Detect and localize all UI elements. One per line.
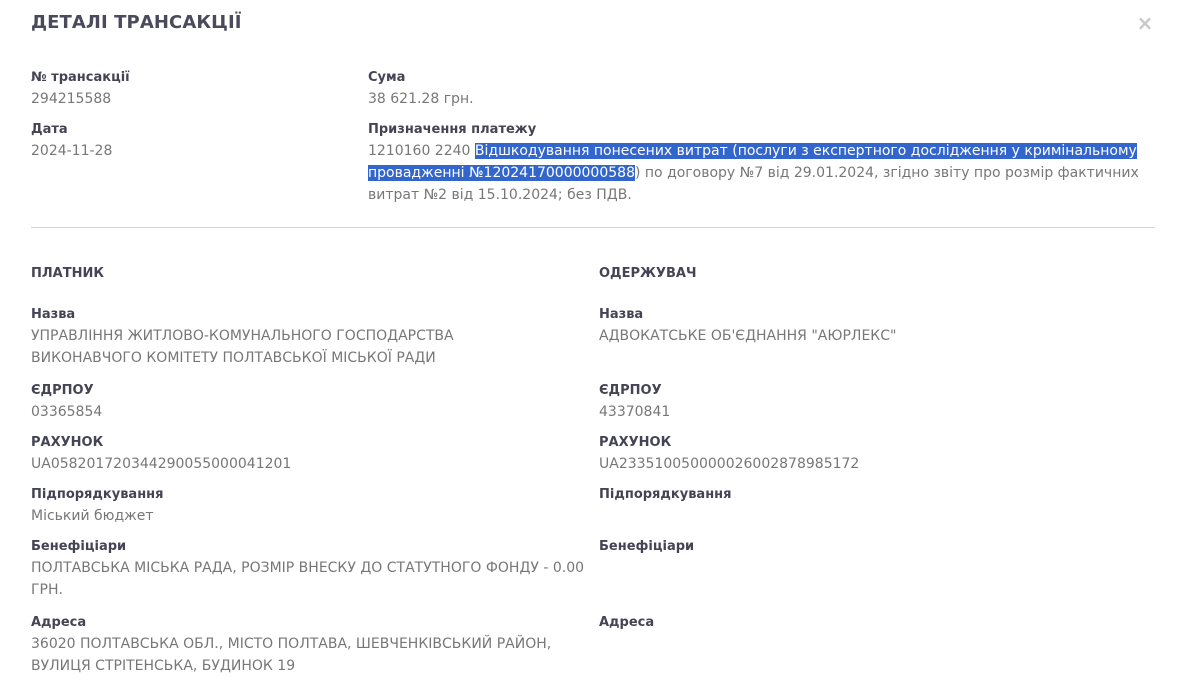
payer-section-title: ПЛАТНИК	[31, 264, 104, 284]
transaction-details-modal: ДЕТАЛІ ТРАНСАКЦІЇ × № трансакції 2942155…	[0, 0, 1186, 687]
payer-edrpou-value: 03365854	[31, 401, 102, 423]
receiver-edrpou-field: ЄДРПОУ 43370841	[599, 381, 670, 423]
payer-account-value: UA058201720344290055000041201	[31, 453, 291, 475]
payer-account-label: РАХУНОК	[31, 433, 291, 453]
payer-name-value: УПРАВЛІННЯ ЖИТЛОВО-КОМУНАЛЬНОГО ГОСПОДАР…	[31, 325, 501, 369]
transaction-id-label: № трансакції	[31, 68, 130, 88]
receiver-account-label: РАХУНОК	[599, 433, 859, 453]
close-icon[interactable]: ×	[1136, 12, 1154, 34]
receiver-subordination-label: Підпорядкування	[599, 485, 732, 505]
payer-subordination-label: Підпорядкування	[31, 485, 164, 505]
receiver-name-label: Назва	[599, 305, 1159, 325]
payment-purpose-label: Призначення платежу	[368, 120, 1168, 140]
transaction-id-field: № трансакції 294215588	[31, 68, 130, 110]
amount-value: 38 621.28 грн.	[368, 88, 474, 110]
receiver-edrpou-value: 43370841	[599, 401, 670, 423]
amount-field: Сума 38 621.28 грн.	[368, 68, 474, 110]
receiver-subordination-field: Підпорядкування	[599, 485, 732, 505]
receiver-section-title: ОДЕРЖУВАЧ	[599, 264, 696, 284]
receiver-address-label: Адреса	[599, 613, 654, 633]
receiver-address-field: Адреса	[599, 613, 654, 633]
payer-subordination-value: Міський бюджет	[31, 505, 164, 527]
payer-address-field: Адреса 36020 ПОЛТАВСЬКА ОБЛ., МІСТО ПОЛТ…	[31, 613, 591, 677]
receiver-beneficiaries-label: Бенефіціари	[599, 537, 694, 557]
receiver-beneficiaries-field: Бенефіціари	[599, 537, 694, 557]
receiver-edrpou-label: ЄДРПОУ	[599, 381, 670, 401]
receiver-name-field: Назва АДВОКАТСЬКЕ ОБ'ЄДНАННЯ "АЮРЛЕКС"	[599, 305, 1159, 347]
payer-address-label: Адреса	[31, 613, 591, 633]
purpose-prefix: 1210160 2240	[368, 143, 475, 159]
payer-edrpou-label: ЄДРПОУ	[31, 381, 102, 401]
receiver-account-value: UA233510050000026002878985172	[599, 453, 859, 475]
transaction-id-value: 294215588	[31, 88, 130, 110]
payer-subordination-field: Підпорядкування Міський бюджет	[31, 485, 164, 527]
payer-address-value: 36020 ПОЛТАВСЬКА ОБЛ., МІСТО ПОЛТАВА, ШЕ…	[31, 633, 586, 677]
receiver-account-field: РАХУНОК UA233510050000026002878985172	[599, 433, 859, 475]
payment-purpose-value[interactable]: 1210160 2240 Відшкодування понесених вит…	[368, 140, 1158, 206]
date-value: 2024-11-28	[31, 140, 112, 162]
payer-beneficiaries-label: Бенефіціари	[31, 537, 591, 557]
date-label: Дата	[31, 120, 112, 140]
date-field: Дата 2024-11-28	[31, 120, 112, 162]
receiver-name-value: АДВОКАТСЬКЕ ОБ'ЄДНАННЯ "АЮРЛЕКС"	[599, 325, 1159, 347]
amount-label: Сума	[368, 68, 474, 88]
payer-edrpou-field: ЄДРПОУ 03365854	[31, 381, 102, 423]
payment-purpose-field: Призначення платежу 1210160 2240 Відшкод…	[368, 120, 1168, 206]
modal-title: ДЕТАЛІ ТРАНСАКЦІЇ	[31, 12, 242, 33]
payer-name-label: Назва	[31, 305, 591, 325]
payer-name-field: Назва УПРАВЛІННЯ ЖИТЛОВО-КОМУНАЛЬНОГО ГО…	[31, 305, 591, 369]
payer-beneficiaries-field: Бенефіціари ПОЛТАВСЬКА МІСЬКА РАДА, РОЗМ…	[31, 537, 591, 601]
section-divider	[31, 227, 1155, 228]
payer-beneficiaries-value: ПОЛТАВСЬКА МІСЬКА РАДА, РОЗМІР ВНЕСКУ ДО…	[31, 557, 586, 601]
payer-account-field: РАХУНОК UA058201720344290055000041201	[31, 433, 291, 475]
